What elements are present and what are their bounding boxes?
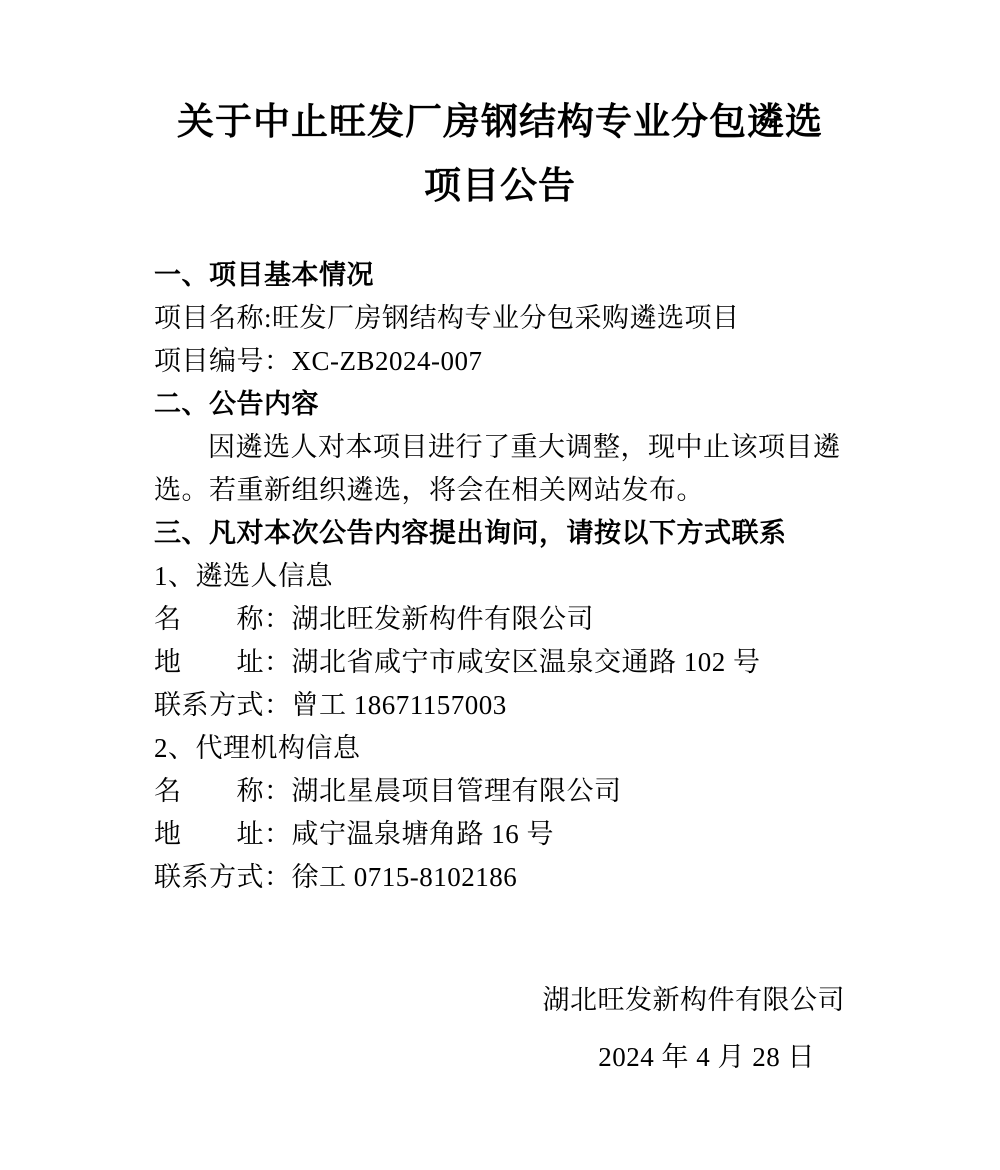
- document-title-line-1: 关于中止旺发厂房钢结构专业分包遴选: [0, 90, 1000, 154]
- document-title: 关于中止旺发厂房钢结构专业分包遴选 项目公告: [0, 90, 1000, 218]
- date-line: 2024 年 4 月 28 日: [0, 1029, 1000, 1086]
- project-number-line: 项目编号：XC-ZB2024-007: [154, 340, 852, 383]
- section-3-heading: 三、凡对本次公告内容提出询问，请按以下方式联系: [154, 512, 852, 555]
- document-footer: 湖北旺发新构件有限公司 2024 年 4 月 28 日: [0, 972, 1000, 1086]
- agency-address-line: 地 址：咸宁温泉塘角路 16 号: [154, 813, 852, 856]
- selector-address-line: 地 址：湖北省咸宁市咸安区温泉交通路 102 号: [154, 641, 852, 684]
- project-name-line: 项目名称:旺发厂房钢结构专业分包采购遴选项目: [154, 297, 852, 340]
- selector-name-line: 名 称：湖北旺发新构件有限公司: [154, 598, 852, 641]
- announcement-text-line-1: 因遴选人对本项目进行了重大调整，现中止该项目遴: [154, 426, 852, 469]
- section-2-heading: 二、公告内容: [154, 383, 852, 426]
- document-body: 一、项目基本情况 项目名称:旺发厂房钢结构专业分包采购遴选项目 项目编号：XC-…: [154, 254, 852, 899]
- document-title-line-2: 项目公告: [0, 154, 1000, 218]
- signature-line: 湖北旺发新构件有限公司: [0, 972, 1000, 1029]
- document-page: 关于中止旺发厂房钢结构专业分包遴选 项目公告 一、项目基本情况 项目名称:旺发厂…: [0, 0, 1000, 1170]
- announcement-text-line-2: 选。若重新组织遴选，将会在相关网站发布。: [154, 469, 852, 512]
- agency-info-heading: 2、代理机构信息: [154, 727, 852, 770]
- selector-info-heading: 1、遴选人信息: [154, 555, 852, 598]
- agency-name-line: 名 称：湖北星晨项目管理有限公司: [154, 770, 852, 813]
- agency-contact-line: 联系方式：徐工 0715-8102186: [154, 856, 852, 899]
- section-1-heading: 一、项目基本情况: [154, 254, 852, 297]
- selector-contact-line: 联系方式：曾工 18671157003: [154, 684, 852, 727]
